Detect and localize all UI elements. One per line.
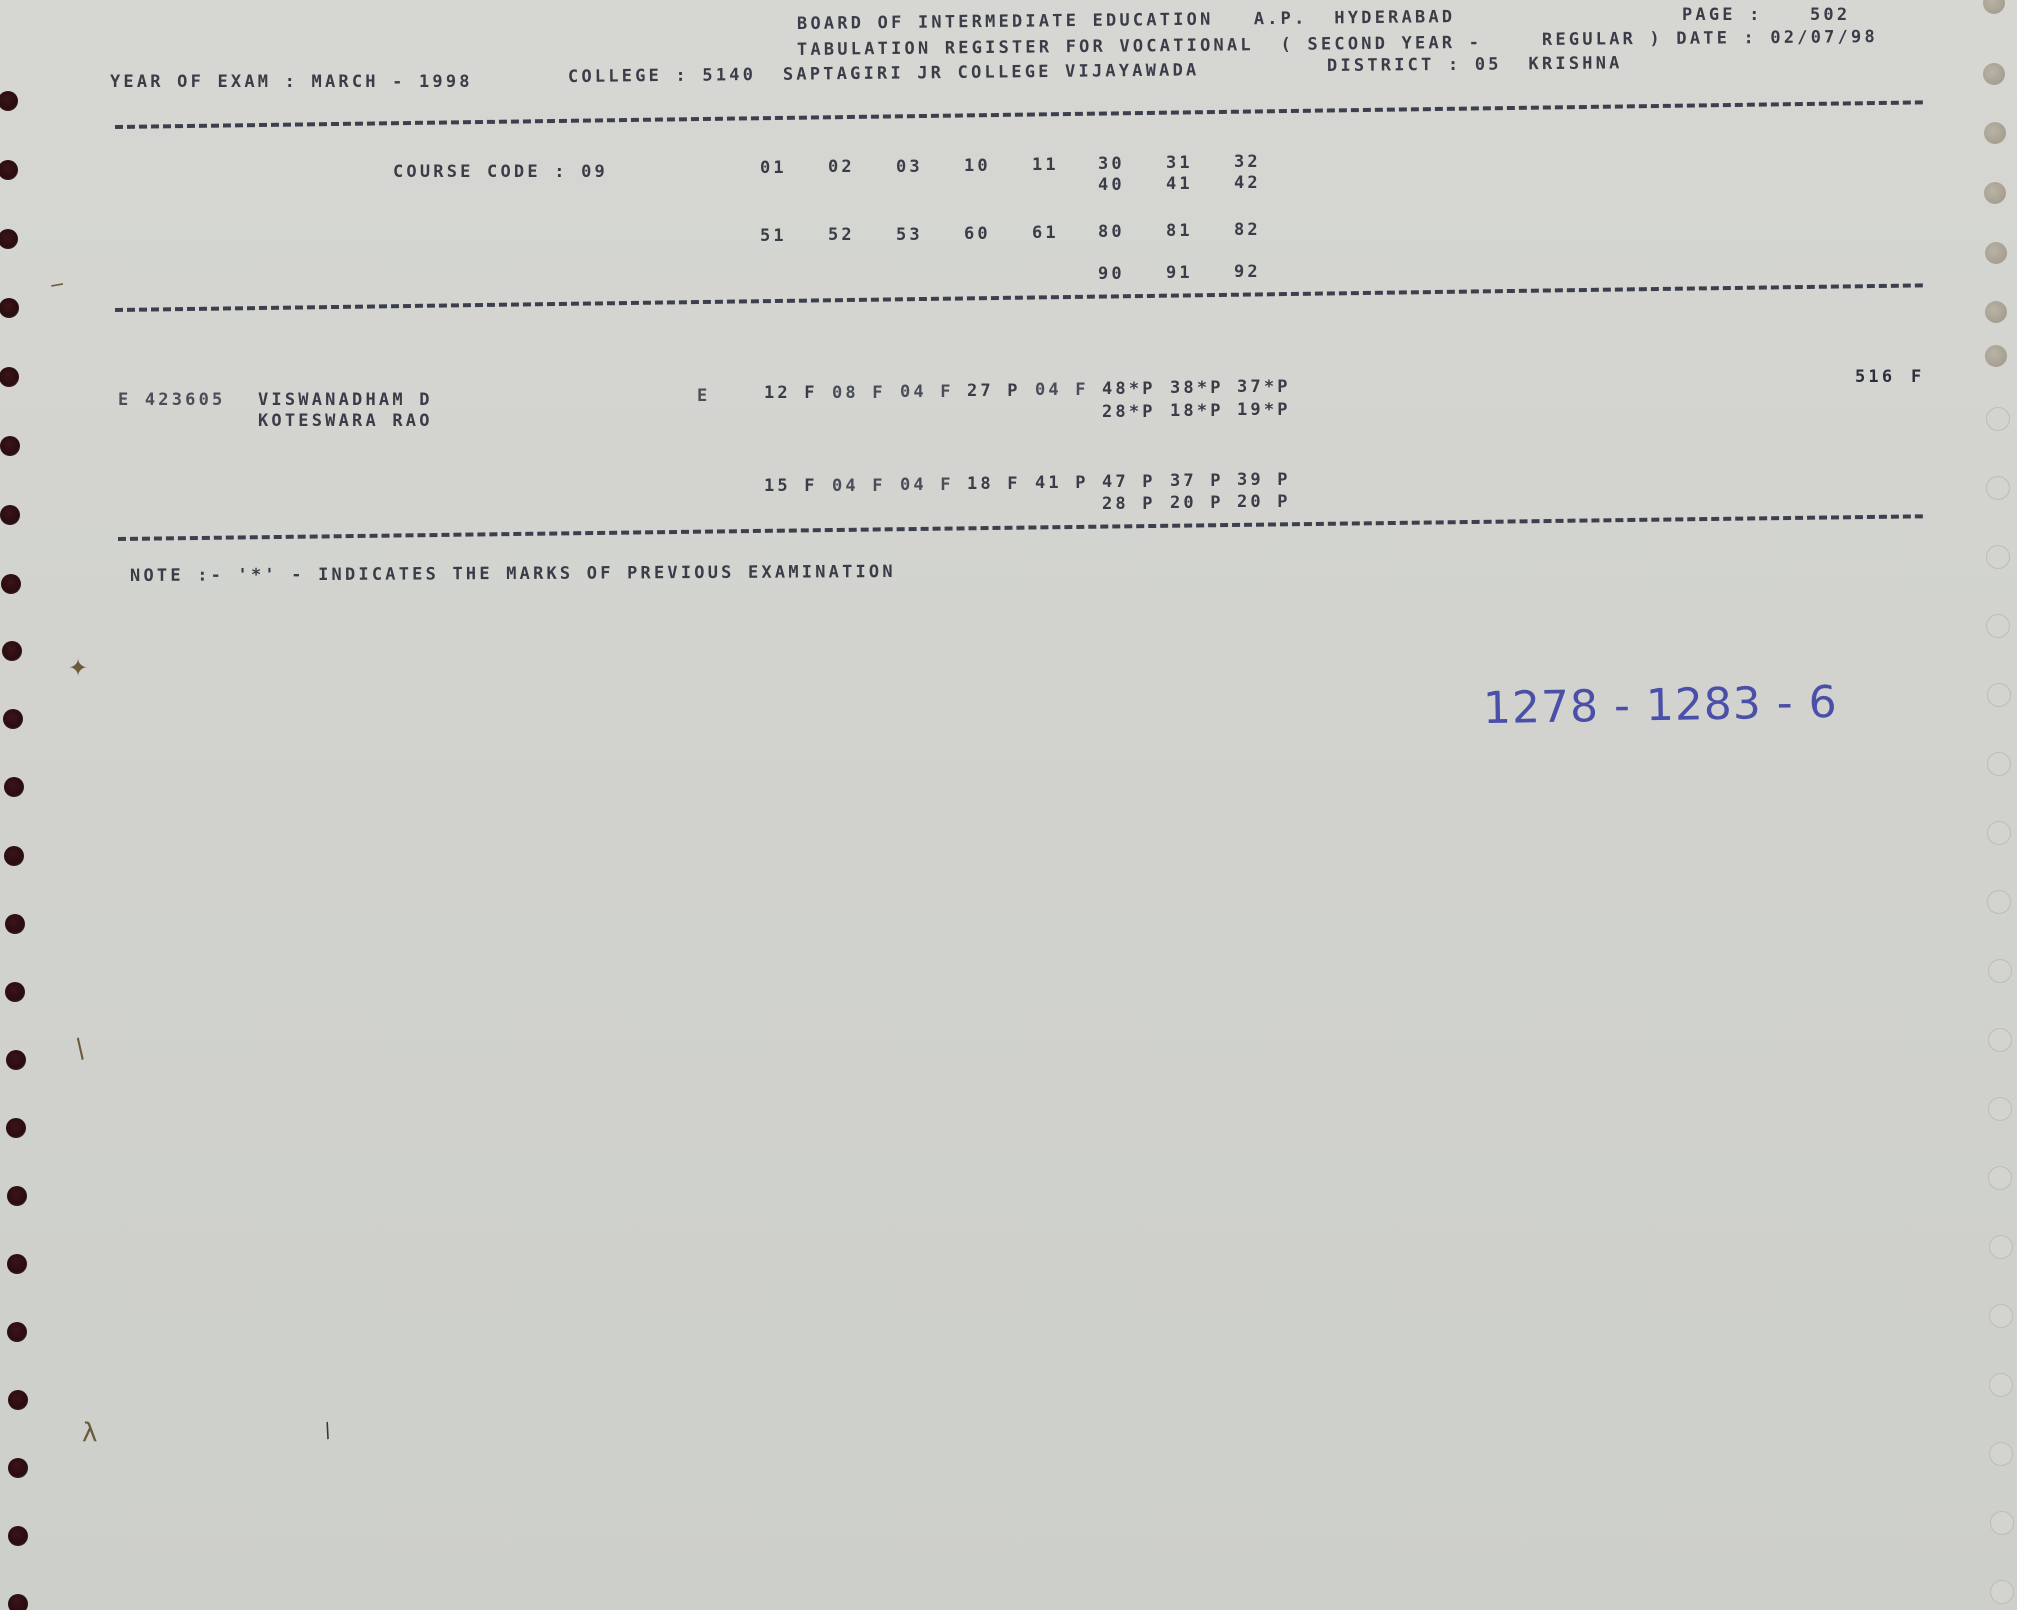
mark: 08 F [832, 383, 886, 403]
punch-hole [1989, 1235, 2013, 1259]
punch-hole [7, 1254, 27, 1274]
punch-hole [0, 367, 19, 387]
mark: 15 F [764, 476, 818, 496]
subject-code: 32 [1234, 152, 1261, 172]
subject-code: 01 [760, 158, 787, 178]
punch-hole [1989, 1373, 2013, 1397]
subject-code: 91 [1166, 263, 1193, 283]
subject-code: 10 [964, 156, 991, 176]
subject-code: 81 [1166, 221, 1193, 241]
punch-hole [4, 846, 24, 866]
punch-hole [1988, 1028, 2012, 1052]
subject-code: 82 [1234, 220, 1261, 240]
punch-hole [7, 1186, 27, 1206]
punch-hole [7, 1322, 27, 1342]
punch-hole [0, 160, 18, 180]
mark: 20 P [1170, 493, 1224, 513]
punch-hole [2, 641, 22, 661]
subject-code: 92 [1234, 262, 1261, 282]
punch-hole [0, 91, 18, 111]
staple-mark: ‒ [48, 271, 66, 298]
punch-hole [8, 1390, 28, 1410]
mark: 20 P [1237, 492, 1291, 512]
punch-hole [1988, 959, 2012, 983]
total-marks: 516 [1855, 367, 1895, 387]
tear-mark: λ [82, 1418, 97, 1448]
mark: 37*P [1237, 377, 1291, 397]
tear-mark: / [69, 1034, 92, 1064]
mark: 18 F [967, 474, 1021, 494]
subject-code: 11 [1032, 155, 1059, 175]
student-name-line1: VISWANADHAM D [258, 390, 433, 410]
subject-code: 52 [828, 225, 855, 245]
divider-line [118, 514, 1923, 541]
subject-code: 90 [1098, 264, 1125, 284]
punch-hole [1985, 242, 2007, 264]
punch-hole [1986, 545, 2010, 569]
punch-hole [8, 1458, 28, 1478]
subject-code: 51 [760, 226, 787, 246]
punch-hole [5, 982, 25, 1002]
punch-hole [3, 709, 23, 729]
punch-hole [1987, 890, 2011, 914]
mark: 28*P [1102, 402, 1156, 422]
result-status: F [1911, 367, 1924, 387]
subject-code: 02 [828, 157, 855, 177]
subject-code: 42 [1234, 173, 1261, 193]
ink-mark: / [320, 1418, 335, 1443]
punch-hole [1986, 614, 2010, 638]
punch-hole [1988, 1097, 2012, 1121]
mark: 12 F [764, 383, 818, 403]
punch-hole [1983, 0, 2005, 14]
punch-hole [1986, 476, 2010, 500]
divider-line [115, 100, 1923, 129]
subject-code: 40 [1098, 175, 1125, 195]
mark: 38*P [1170, 378, 1224, 398]
punch-hole [1990, 1580, 2014, 1604]
punch-hole [4, 777, 24, 797]
mark: 27 P [967, 381, 1021, 401]
subject-code: 41 [1166, 174, 1193, 194]
regular-date: REGULAR ) DATE : 02/07/98 [1542, 27, 1878, 50]
page-number: 502 [1810, 5, 1850, 25]
page-label: PAGE : [1682, 5, 1763, 25]
punch-hole [1984, 182, 2006, 204]
mark: 04 F [900, 382, 954, 402]
medium: E [697, 386, 710, 406]
punch-hole [0, 505, 20, 525]
mark: 19*P [1237, 400, 1291, 420]
subject-code: 53 [896, 225, 923, 245]
course-code-label: COURSE CODE : 09 [393, 162, 608, 182]
punch-hole [1988, 1166, 2012, 1190]
student-name-line2: KOTESWARA RAO [258, 411, 433, 431]
punch-hole [0, 229, 18, 249]
board-title: BOARD OF INTERMEDIATE EDUCATION A.P. HYD… [797, 7, 1455, 34]
mark: 04 F [900, 475, 954, 495]
punch-hole [1987, 752, 2011, 776]
punch-hole [5, 914, 25, 934]
mark: 04 F [1035, 380, 1089, 400]
mark: 39 P [1237, 470, 1291, 490]
punch-hole [8, 1526, 28, 1546]
mark: 18*P [1170, 401, 1224, 421]
registration-number: E 423605 [118, 390, 225, 410]
college-info: COLLEGE : 5140 SAPTAGIRI JR COLLEGE VIJA… [568, 60, 1200, 87]
handwritten-annotation: 1278 - 1283 - 6 [1483, 677, 1838, 734]
punch-hole [1986, 407, 2010, 431]
punch-hole [1990, 1511, 2014, 1535]
punch-hole [0, 436, 20, 456]
footnote: NOTE :- '*' - INDICATES THE MARKS OF PRE… [130, 562, 896, 586]
district-info: DISTRICT : 05 KRISHNA [1327, 53, 1623, 76]
divider-line [115, 283, 1923, 312]
punch-hole [1989, 1442, 2013, 1466]
mark: 48*P [1102, 379, 1156, 399]
subject-code: 60 [964, 224, 991, 244]
punch-hole [1985, 345, 2007, 367]
tabulation-register-sheet: BOARD OF INTERMEDIATE EDUCATION A.P. HYD… [0, 0, 2017, 1610]
subject-code: 30 [1098, 154, 1125, 174]
punch-hole [1984, 122, 2006, 144]
punch-hole [1983, 63, 2005, 85]
subject-code: 80 [1098, 222, 1125, 242]
mark: 37 P [1170, 471, 1224, 491]
subject-code: 03 [896, 157, 923, 177]
mark: 04 F [832, 476, 886, 496]
subject-code: 61 [1032, 223, 1059, 243]
punch-hole [8, 1594, 28, 1610]
punch-hole [1985, 301, 2007, 323]
year-of-exam: YEAR OF EXAM : MARCH - 1998 [110, 72, 473, 92]
subject-code: 31 [1166, 153, 1193, 173]
punch-hole [1, 574, 21, 594]
mark: 28 P [1102, 494, 1156, 514]
punch-hole [1987, 821, 2011, 845]
tear-mark: ✦ [68, 654, 88, 682]
punch-hole [0, 298, 19, 318]
punch-hole [1987, 683, 2011, 707]
mark: 41 P [1035, 473, 1089, 493]
punch-hole [1989, 1304, 2013, 1328]
punch-hole [6, 1118, 26, 1138]
punch-hole [6, 1050, 26, 1070]
mark: 47 P [1102, 472, 1156, 492]
